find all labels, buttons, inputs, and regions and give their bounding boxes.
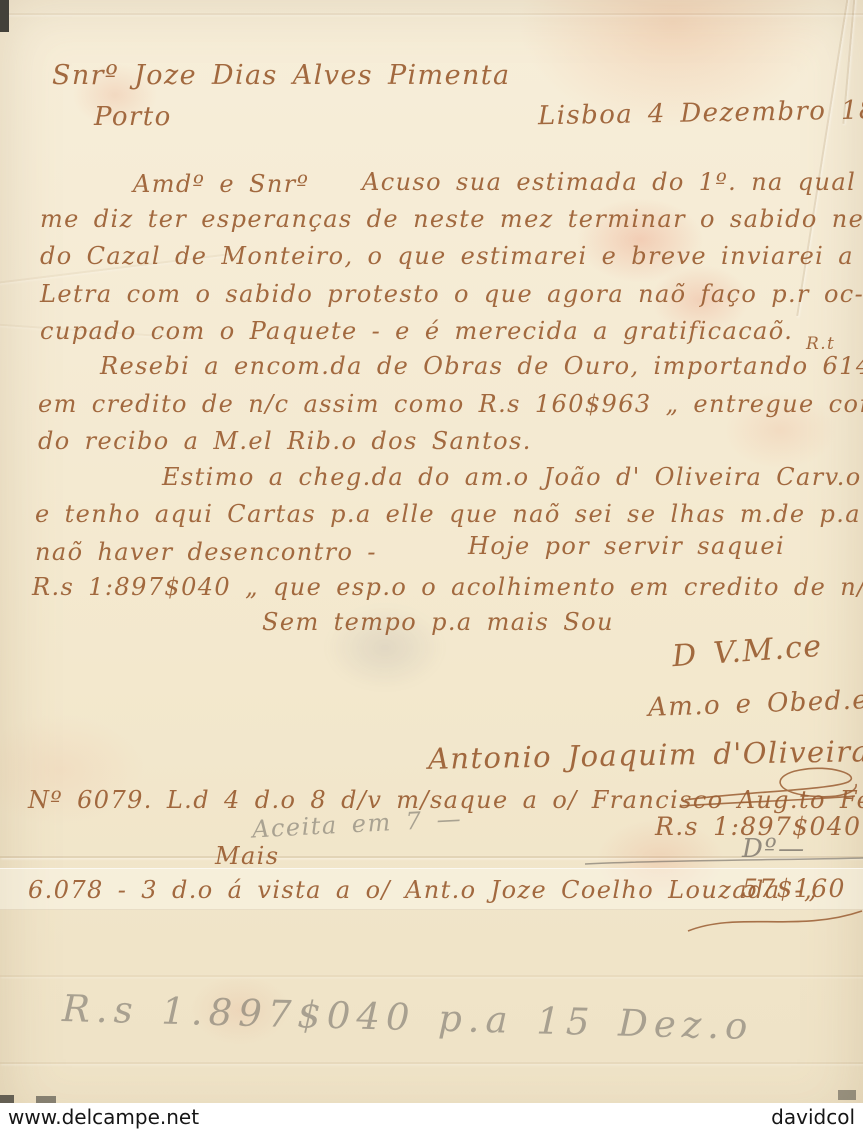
body-line: do recibo a M.el Rib.o dos Santos. <box>38 427 532 455</box>
watermark-bar: www.delcampe.net davidcol <box>0 1103 863 1131</box>
recipient-line: Snrº Joze Dias Alves Pimenta <box>52 60 510 91</box>
reis-superscript: R.t <box>806 334 835 354</box>
salutation: Amdº e Snrº <box>133 170 309 198</box>
amount-line: 57$160 <box>742 874 846 903</box>
body-line: R.s 1:897$040 „ que esp.o o acolhimento … <box>32 573 863 601</box>
body-line: e tenho aqui Cartas p.a elle que naõ sei… <box>35 500 861 528</box>
body-line: Acuso sua estimada do 1º. na qual <box>362 168 856 196</box>
body-line: me diz ter esperanças de neste mez termi… <box>40 205 863 233</box>
body-line: do Cazal de Monteiro, o que estimarei e … <box>40 242 854 270</box>
watermark-right: davidcol <box>771 1105 855 1129</box>
mais-label: Mais <box>215 842 279 870</box>
scan-artifact <box>0 1095 14 1103</box>
scan-artifact <box>0 0 9 32</box>
letter-scan: Snrº Joze Dias Alves Pimenta Porto Lisbo… <box>0 0 863 1131</box>
scan-artifact <box>838 1090 856 1100</box>
ditto-underline <box>585 856 863 868</box>
body-line: cupado com o Paquete - e é merecida a gr… <box>40 317 793 345</box>
paper-crease <box>0 13 863 15</box>
recipient-city: Porto <box>94 102 172 132</box>
body-line: Estimo a cheg.da do am.o João d' Oliveir… <box>162 463 862 491</box>
paper-crease <box>0 1062 863 1064</box>
body-line: em credito de n/c assim como R.s 160$963… <box>38 390 863 418</box>
body-line: Resebi a encom.da de Obras de Ouro, impo… <box>100 352 863 380</box>
paper-crease <box>0 975 863 977</box>
memo-line: 6.078 - 3 d.o á vista a o/ Ant.o Joze Co… <box>28 876 818 904</box>
closing-line: Sem tempo p.a mais Sou <box>262 608 614 636</box>
body-line: Hoje por servir saquei <box>468 532 785 560</box>
body-line: Letra com o sabido protesto o que agora … <box>40 280 863 308</box>
amount-flourish <box>688 905 863 935</box>
watermark-left: www.delcampe.net <box>8 1105 199 1129</box>
body-line: naõ haver desencontro - <box>35 538 377 566</box>
dateline: Lisboa 4 Dezembro 1855 <box>538 95 863 132</box>
